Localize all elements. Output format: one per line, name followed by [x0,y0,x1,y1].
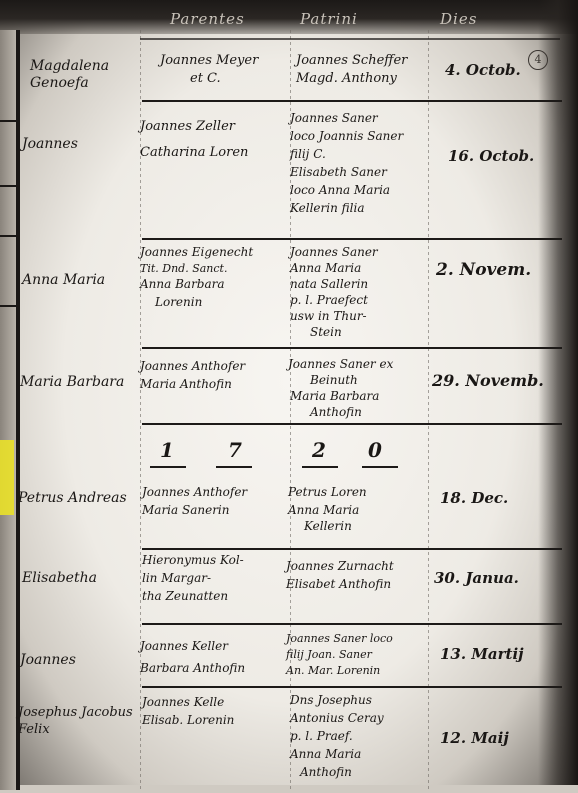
entry-godparent: Anna Maria [288,502,359,519]
year-underline [216,466,252,468]
entry-godparent: Joannes Saner loco [286,630,393,647]
row-rule [142,100,562,102]
entry-date: 12. Maij [440,730,509,747]
entry-parent: Tit. Dnd. Sanct. [140,260,227,277]
entry-child-name: Anna Maria [22,272,105,289]
entry-godparent: usw in Thur- [290,308,367,325]
entry-date: 30. Janua. [434,570,519,587]
entry-date: 2. Novem. [436,262,531,279]
row-rule [142,347,562,349]
year-digit: 1 [160,438,174,462]
entry-godparent: nata Sallerin [290,276,368,293]
header-rule [140,38,560,40]
entry-godparent: Kellerin filia [290,200,364,217]
left-margin-rule [16,30,20,790]
entry-godparent: Magd. Anthony [296,70,397,87]
header-date: Dies [440,10,477,28]
entry-parent: Hieronymus Kol- [142,552,244,569]
entry-date: 13. Martij [440,646,524,663]
register-page: Parentes Patrini Dies 4 1 7 2 0 Magdalen… [0,0,578,793]
entry-godparent: Elisabet Anthofin [286,576,391,593]
year-digit: 0 [368,438,382,462]
entry-godparent: Antonius Ceray [290,710,384,727]
entry-godparent: An. Mar. Lorenin [286,662,380,679]
entry-godparent: Dns Josephus [290,692,372,709]
margin-divider [0,305,16,307]
entry-date: 29. Novemb. [432,372,544,389]
row-rule [142,548,562,550]
entry-parent: Catharina Loren [140,144,248,161]
year-digit: 2 [312,438,326,462]
entry-child-name: Joannes [20,652,76,669]
entry-parent: Lorenin [155,294,202,311]
entry-parent: Joannes Keller [140,638,228,655]
entry-parent: Joannes Eigenecht [140,244,253,261]
entry-parent: Joannes Anthofer [140,358,245,375]
row-rule [142,423,562,425]
entry-godparent: Petrus Loren [288,484,367,501]
entry-parent: et C. [190,70,221,87]
entry-parent: Joannes Meyer [160,52,258,69]
entry-godparent: Joannes Saner [290,110,378,127]
scan-edge-top [0,0,578,34]
entry-parent: Barbara Anthofin [140,660,245,677]
page-marker: 4 [528,50,548,70]
entry-child-name: Maria Barbara [20,374,124,391]
entry-parent: lin Margar- [142,570,211,587]
entry-date: 18. Dec. [440,490,508,507]
entry-godparent: Beinuth [310,372,358,389]
entry-godparent: filij C. [290,146,326,163]
entry-parent: tha Zeunatten [142,588,228,605]
entry-parent: Maria Anthofin [140,376,232,393]
entry-godparent: Joannes Saner ex [288,356,393,373]
entry-date: 16. Octob. [448,148,534,165]
year-underline [302,466,338,468]
margin-divider [0,185,16,187]
scan-edge-right [538,0,578,793]
margin-divider [0,235,16,237]
left-margin-strip [0,30,16,790]
entry-godparent: Anna Maria [290,260,361,277]
entry-child-name: Magdalena Genoefa [30,58,138,92]
entry-godparent: p. l. Praefect [290,292,368,309]
entry-godparent: Stein [310,324,342,341]
entry-godparent: Joannes Scheffer [296,52,407,69]
entry-child-name: Petrus Andreas [18,490,127,507]
entry-godparent: Joannes Zurnacht [286,558,394,575]
entry-godparent: Anthofin [310,404,362,421]
entry-godparent: Joannes Saner [290,244,378,261]
entry-godparent: Kellerin [304,518,352,535]
margin-divider [0,120,16,122]
entry-godparent: p. l. Praef. [290,728,353,745]
entry-parent: Joannes Zeller [140,118,235,135]
entry-date: 4. Octob. [445,62,521,79]
entry-parent: Anna Barbara [140,276,225,293]
entry-child-name: Josephus Jacobus Felix [18,704,138,738]
year-underline [362,466,398,468]
entry-parent: Joannes Anthofer [142,484,247,501]
scan-edge-bottom [0,785,578,793]
entry-child-name: Elisabetha [22,570,97,587]
row-rule [142,686,562,688]
entry-godparent: Elisabeth Saner [290,164,387,181]
row-rule [142,623,562,625]
yellow-highlight-mark [0,440,14,515]
entry-parent: Maria Sanerin [142,502,230,519]
column-divider [428,30,429,790]
entry-child-name: Joannes [22,136,78,153]
year-underline [150,466,186,468]
entry-godparent: loco Anna Maria [290,182,390,199]
entry-godparent: Maria Barbara [290,388,379,405]
entry-parent: Joannes Kelle [142,694,224,711]
entry-godparent: Anna Maria [290,746,361,763]
entry-godparent: Anthofin [300,764,352,781]
entry-godparent: loco Joannis Saner [290,128,403,145]
year-digit: 7 [228,438,242,462]
entry-parent: Elisab. Lorenin [142,712,234,729]
row-rule [142,238,562,240]
header-godparents: Patrini [300,10,358,28]
entry-godparent: filij Joan. Saner [286,646,372,663]
header-parents: Parentes [170,10,245,28]
